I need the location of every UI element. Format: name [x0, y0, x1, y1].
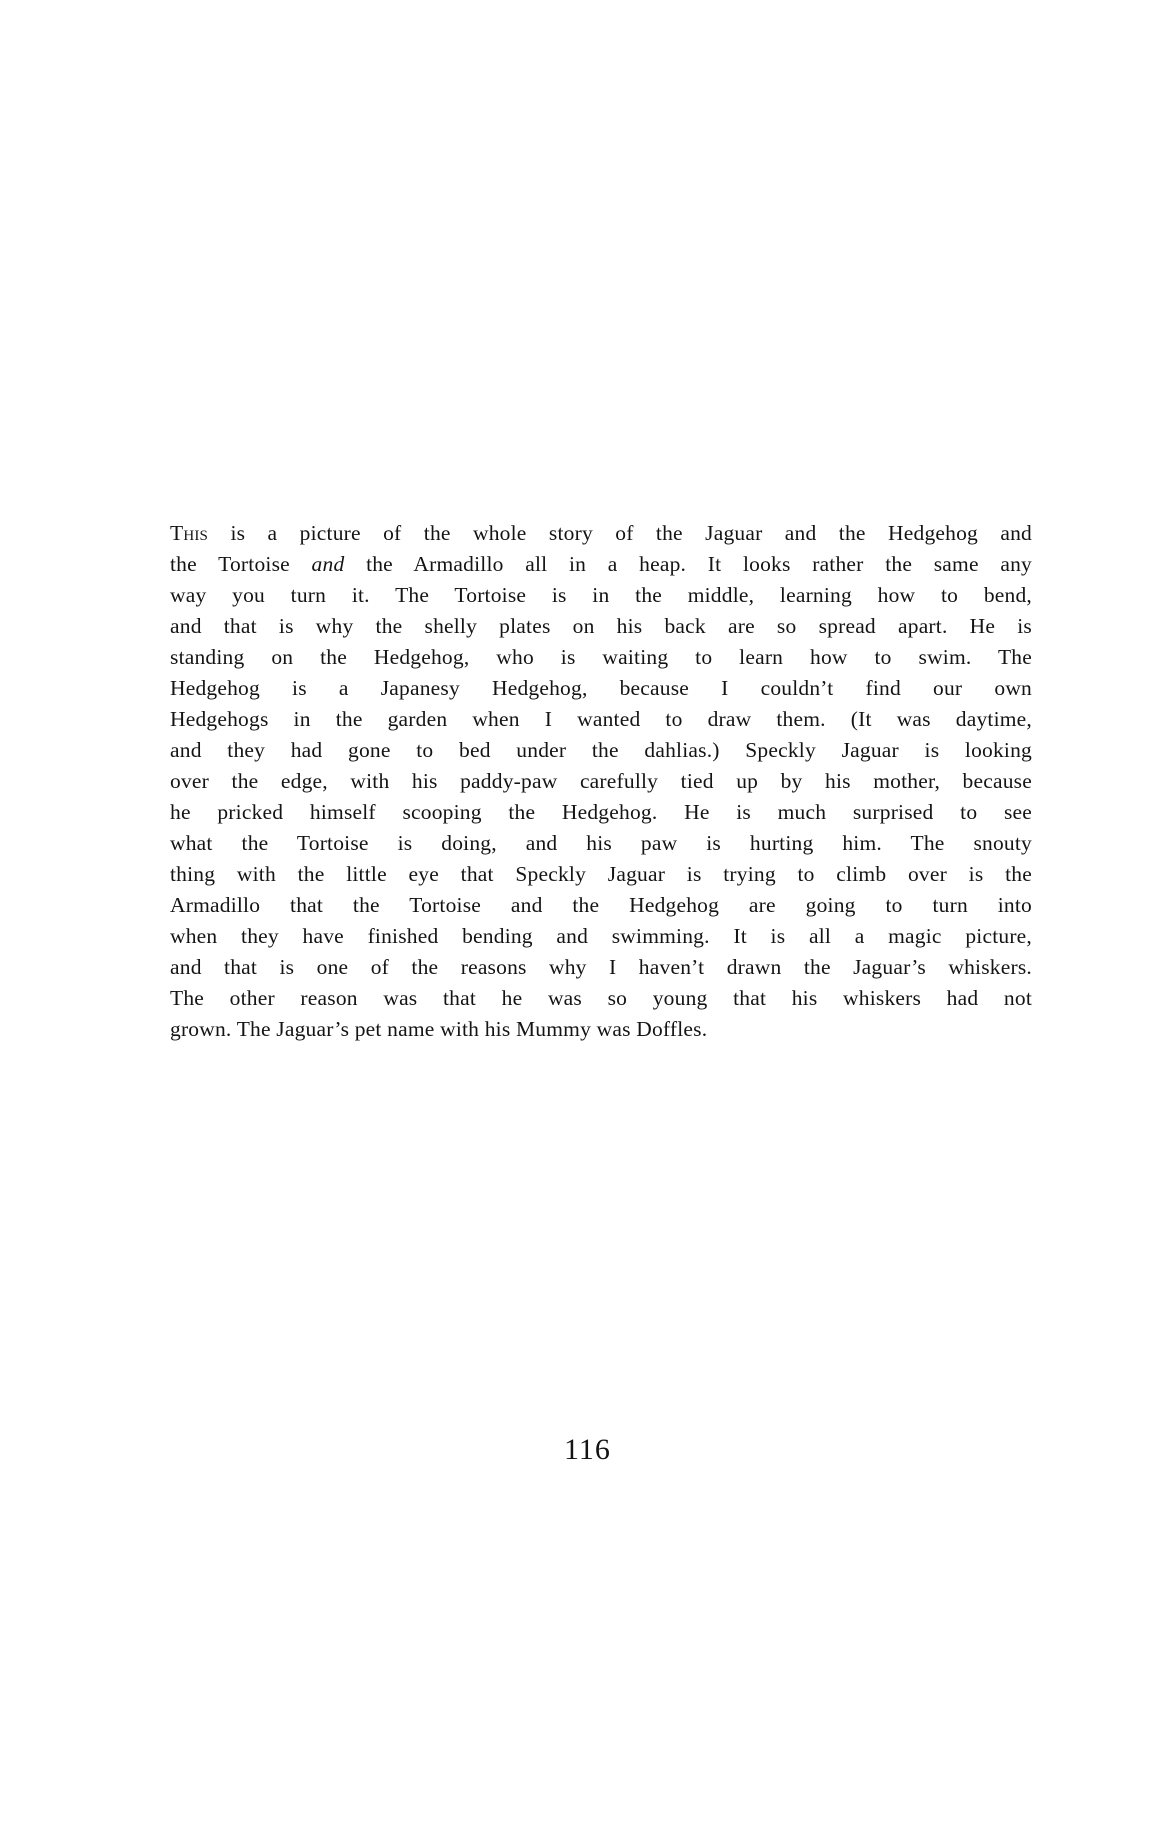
- caption-line-11: what the Tortoise is doing, and his paw …: [170, 828, 1032, 859]
- caption-line-1: This is a picture of the whole story of …: [170, 518, 1032, 549]
- caption-line-13: Armadillo that the Tortoise and the Hedg…: [170, 890, 1032, 921]
- caption-line-8: and they had gone to bed under the dahli…: [170, 735, 1032, 766]
- caption-line-15: and that is one of the reasons why I hav…: [170, 952, 1032, 983]
- caption-line-5: standing on the Hedgehog, who is waiting…: [170, 642, 1032, 673]
- illustration-caption-paragraph: This is a picture of the whole story of …: [170, 518, 1032, 1045]
- caption-line-6: Hedgehog is a Japanesy Hedgehog, because…: [170, 673, 1032, 704]
- page-number: 116: [0, 1432, 1175, 1468]
- small-caps-lead-word: This: [170, 521, 208, 545]
- caption-line-3: way you turn it. The Tortoise is in the …: [170, 580, 1032, 611]
- caption-line-14: when they have finished bending and swim…: [170, 921, 1032, 952]
- caption-line-9: over the edge, with his paddy-paw carefu…: [170, 766, 1032, 797]
- italic-emphasis: and: [312, 552, 345, 576]
- caption-line-12: thing with the little eye that Speckly J…: [170, 859, 1032, 890]
- caption-line-4: and that is why the shelly plates on his…: [170, 611, 1032, 642]
- caption-line-17: grown. The Jaguar’s pet name with his Mu…: [170, 1014, 1032, 1045]
- caption-line-2: the Tortoise and the Armadillo all in a …: [170, 549, 1032, 580]
- book-page: This is a picture of the whole story of …: [0, 0, 1175, 1844]
- caption-line-16: The other reason was that he was so youn…: [170, 983, 1032, 1014]
- caption-line-7: Hedgehogs in the garden when I wanted to…: [170, 704, 1032, 735]
- caption-line-10: he pricked himself scooping the Hedgehog…: [170, 797, 1032, 828]
